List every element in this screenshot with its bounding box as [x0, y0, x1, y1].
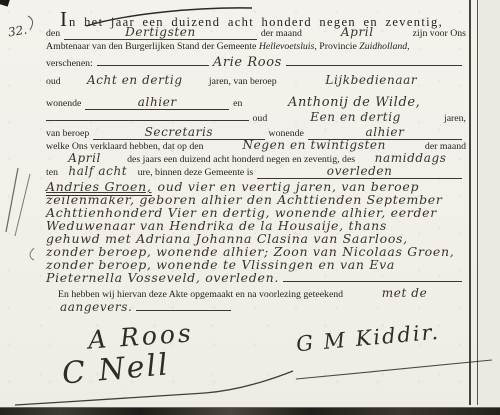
- day-blank: Dertigsten: [64, 26, 257, 40]
- month-blank: April: [306, 26, 409, 39]
- occupation2-value: Secretaris: [145, 125, 214, 139]
- blank-rule: [136, 310, 231, 311]
- closing-value-1: met de: [382, 286, 428, 300]
- label-wonende: wonende: [46, 98, 81, 109]
- scan-bottom-edge: [0, 407, 500, 415]
- declarant2-blank: Anthonij de Wilde,: [246, 96, 462, 110]
- label-jaren: jaren,: [444, 113, 466, 124]
- label-zijn-voor-ons: zijn voor Ons: [413, 28, 466, 39]
- signature-registrar: G M Kiddir.: [295, 320, 441, 356]
- label-ten: ten: [46, 167, 58, 178]
- scan-corner-smudge: [0, 0, 10, 7]
- provincie-name: Zuidholland,: [359, 41, 409, 52]
- declarant1-residence-line: wonende alhier en Anthonij de Wilde,: [46, 96, 466, 110]
- closing-value-2: aangevers.: [60, 300, 132, 314]
- residence1-blank: alhier: [85, 96, 229, 110]
- label-des-jaars: des jaars een duizend acht honderd negen…: [127, 154, 355, 165]
- label-ambtenaar: Ambtenaar van den Burgerlijken Stand der…: [46, 41, 259, 52]
- declarant2-age-line: oud Een en dertig jaren,: [46, 111, 466, 124]
- label-oud-2: oud: [253, 113, 268, 124]
- label-van-beroep: van beroep: [46, 128, 89, 139]
- day-value: Dertigsten: [125, 25, 196, 39]
- death-hour-line: ten half acht ure, binnen deze Gemeente …: [46, 165, 466, 179]
- blank-rule: [97, 65, 209, 66]
- residence1-value: alhier: [138, 95, 177, 109]
- right-margin-rule: [469, 0, 471, 405]
- right-margin-rule-2: [477, 0, 478, 405]
- age1-value: Acht en dertig: [87, 73, 183, 87]
- signature-declarant-2: C Nell: [61, 347, 171, 391]
- ambtenaar-line: Ambtenaar van den Burgerlijken Stand der…: [46, 41, 466, 52]
- declarant1-age-line: oud Acht en dertig jaren, van beroep Lij…: [46, 74, 466, 87]
- overleden-blank: overleden: [257, 165, 462, 179]
- date-line: den Dertigsten der maand April zijn voor…: [46, 26, 466, 40]
- hour-value: half acht: [68, 164, 127, 178]
- deceased-last-line: Pieternella Vosseveld, overleden.: [46, 270, 466, 285]
- blank-rule: [283, 281, 462, 282]
- month-value: April: [341, 25, 374, 39]
- closing-line: En hebben wij hiervan deze Akte opgemaak…: [58, 287, 466, 300]
- page-right-margin: [479, 0, 500, 415]
- death-certificate-scan: 32. In het jaar een duizend acht honderd…: [0, 0, 500, 415]
- closing-line-2: aangevers.: [60, 300, 466, 314]
- label-ure: ure, binnen deze Gemeente is: [138, 167, 254, 178]
- residence2-value: alhier: [365, 125, 404, 139]
- age2-blank: Een en dertig: [271, 111, 440, 124]
- gemeente-name: Hellevoetsluis,: [259, 41, 317, 52]
- daypart-value: namiddags: [375, 151, 447, 165]
- label-en: en: [233, 98, 242, 109]
- age2-value: Een en dertig: [310, 110, 401, 124]
- death-day-value: Negen en twintigsten: [243, 138, 386, 152]
- blank-rule: [46, 120, 249, 121]
- label-provincie: Provincie: [317, 41, 359, 52]
- closing-blank: met de: [347, 287, 462, 300]
- declarant1-name: Arie Roos: [213, 55, 282, 70]
- occupation1-blank: Lijkbedienaar: [281, 74, 462, 87]
- blank-rule: [286, 65, 462, 66]
- deceased-detail-end: Pieternella Vosseveld, overleden.: [46, 270, 279, 285]
- declarant2-name: Anthonij de Wilde,: [288, 95, 420, 110]
- label-verschenen: verschenen:: [46, 58, 93, 69]
- act-number: 32.: [7, 23, 28, 40]
- label-closing: En hebben wij hiervan deze Akte opgemaak…: [58, 289, 343, 300]
- age1-blank: Acht en dertig: [65, 74, 205, 87]
- label-jaren-beroep: jaren, van beroep: [209, 76, 277, 87]
- death-month-value: April: [68, 151, 101, 165]
- label-oud: oud: [46, 76, 61, 87]
- declarant1-line: verschenen: Arie Roos: [46, 55, 466, 70]
- occupation1-value: Lijkbedienaar: [325, 73, 417, 87]
- hour-blank: half acht: [62, 165, 134, 178]
- overleden-value: overleden: [327, 164, 393, 178]
- label-der-maand: der maand: [261, 28, 302, 39]
- label-den: den: [46, 28, 60, 39]
